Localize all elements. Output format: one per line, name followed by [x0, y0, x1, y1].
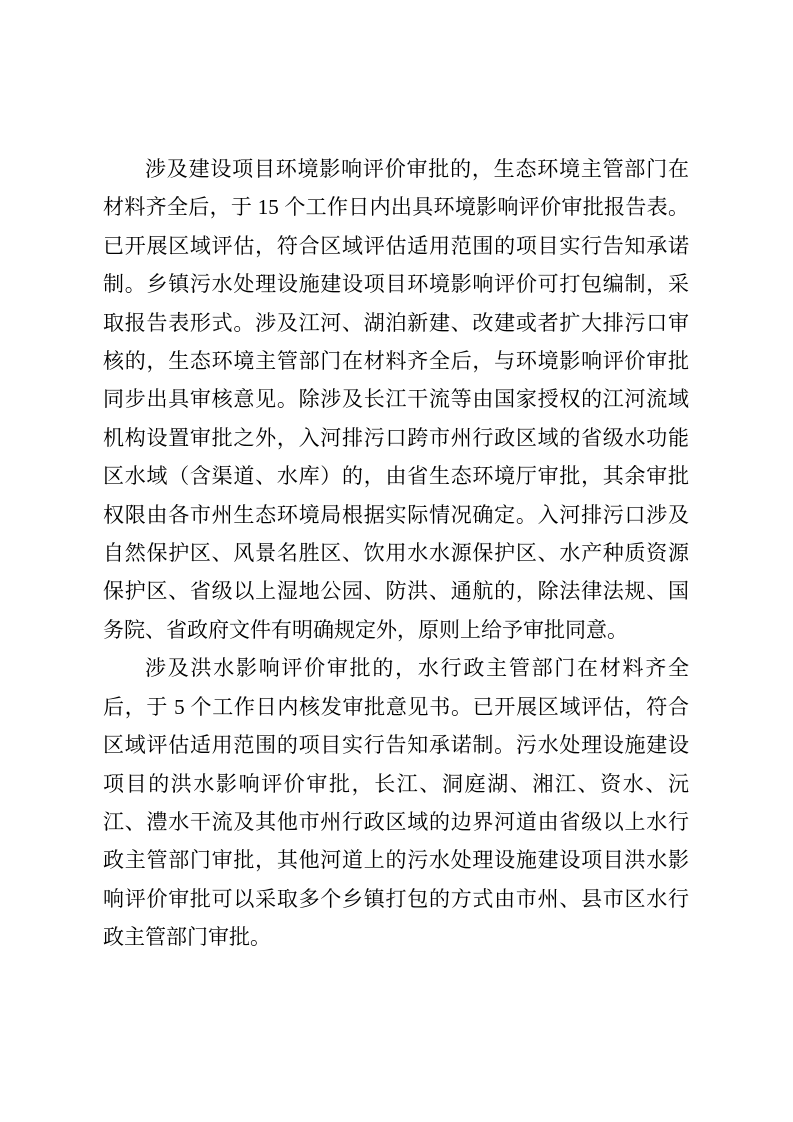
document-body-text: 涉及建设项目环境影响评价审批的，生态环境主管部门在材料齐全后，于 15 个工作日…	[103, 150, 689, 957]
document-page: 涉及建设项目环境影响评价审批的，生态环境主管部门在材料齐全后，于 15 个工作日…	[0, 0, 793, 1122]
paragraph-flood-impact-approval: 涉及洪水影响评价审批的，水行政主管部门在材料齐全后，于 5 个工作日内核发审批意…	[103, 649, 689, 956]
paragraph-environmental-impact-approval: 涉及建设项目环境影响评价审批的，生态环境主管部门在材料齐全后，于 15 个工作日…	[103, 150, 689, 649]
